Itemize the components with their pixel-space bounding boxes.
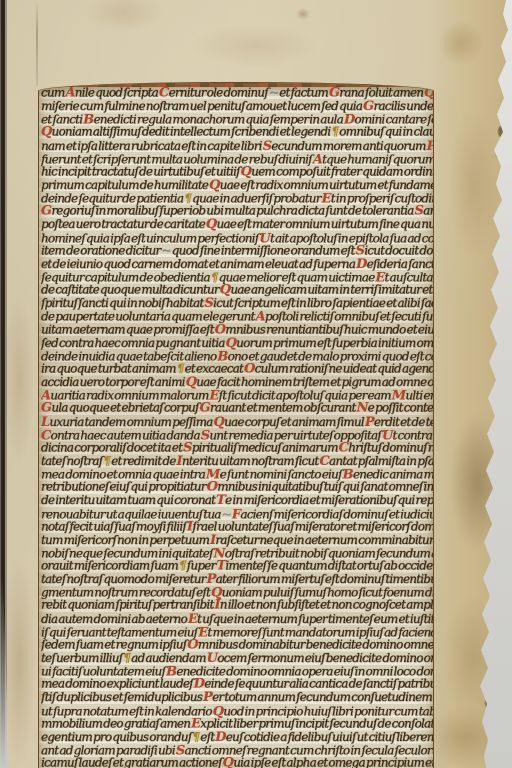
rubric-initial: U bbox=[207, 652, 218, 665]
rubric-initial: S bbox=[183, 441, 192, 454]
text-line: gmentum noſtrum recordatuſ eſt Quoniam p… bbox=[41, 587, 433, 600]
text-line: miſerie cum fulmine noſtram uel penituſ … bbox=[41, 100, 433, 113]
text-line: tateſ noſtraſ quomodo miſeretur Pater fi… bbox=[41, 573, 433, 586]
rubric-initial: D bbox=[194, 678, 204, 691]
rubric-initial: O bbox=[215, 323, 226, 336]
text-lines: cum Anile quod ſcripta Cernitur ole domi… bbox=[41, 87, 433, 768]
rubric-initial: A bbox=[65, 87, 74, 100]
gilt-mark: ¶ bbox=[211, 271, 218, 284]
rubric-initial: P bbox=[365, 416, 374, 429]
text-line: Auaritia radix omnium malorum Eſt ſicut … bbox=[41, 390, 433, 403]
rubric-initial: N bbox=[357, 402, 368, 415]
manuscript-photo: cum Anile quod ſcripta Cernitur ole domi… bbox=[0, 0, 512, 768]
text-line: iſ qui ſeruant teſtamentum eiuſ Et memor… bbox=[41, 626, 433, 639]
stain bbox=[84, 0, 164, 32]
rubric-initial: Q bbox=[41, 126, 52, 139]
torn-edge-margin bbox=[428, 0, 512, 768]
rubric-initial: T bbox=[216, 560, 225, 573]
rubric-initial: D bbox=[356, 258, 366, 271]
rubric-initial: S bbox=[201, 429, 210, 442]
stain bbox=[4, 295, 34, 465]
stain bbox=[190, 24, 320, 68]
text-line: icamuſ laudeſ et gratiarum actioneſ Quia… bbox=[41, 757, 433, 768]
text-line: renouabitur ut aquilae iuuentuſ tua ~ Fa… bbox=[41, 508, 433, 521]
text-line: accidia uero torpor eſt animi Quae facit… bbox=[41, 376, 433, 389]
text-line: notaſ fecit uiaſ ſuaſ moyſi filiiſ Iſrae… bbox=[41, 520, 433, 533]
text-line: Gula quoque et ebrietaſ corpuſ Grauant e… bbox=[41, 402, 433, 415]
rubric-initial: Q bbox=[223, 757, 234, 768]
text-line: ſequitur capitulum de obedientia ¶ quae … bbox=[41, 271, 433, 284]
rubric-initial: I bbox=[214, 599, 219, 612]
gilt-mark: ¶ bbox=[179, 560, 186, 573]
rubric-initial: N bbox=[214, 547, 225, 560]
rubric-initial: E bbox=[375, 271, 384, 284]
rubric-initial: A bbox=[313, 153, 322, 166]
rubric-initial: Q bbox=[213, 705, 224, 718]
text-line: dia autem domini ab aeterno Et uſque in … bbox=[41, 613, 433, 626]
rubric-initial: T bbox=[216, 494, 225, 507]
rubric-initial: M bbox=[206, 468, 220, 481]
rubric-initial: F bbox=[232, 508, 240, 521]
rubric-initial: Q bbox=[186, 376, 197, 389]
rubric-initial: I bbox=[177, 455, 182, 468]
rubric-initial: E bbox=[322, 193, 331, 206]
rubric-initial: P bbox=[207, 573, 216, 586]
text-line: Contra haec autem uitia danda Sunt remed… bbox=[41, 429, 433, 442]
rubric-initial: G bbox=[200, 402, 210, 415]
rubric-initial: C bbox=[319, 455, 329, 468]
rubric-initial: E bbox=[188, 613, 197, 626]
rubric-initial: G bbox=[329, 87, 339, 100]
rubric-initial: Q bbox=[214, 416, 225, 429]
text-line: deinde ſequitur de patientia ¶ quae in a… bbox=[41, 193, 433, 206]
rubric-initial: C bbox=[159, 87, 169, 100]
text-line: ſedem ſuam et regnum ipſiuſ Omnibus domi… bbox=[41, 639, 433, 652]
gilt-mark: ¶ bbox=[184, 193, 191, 206]
text-line: egentium pro quibus oranduſ ¶ eſt Deuſ c… bbox=[41, 731, 433, 744]
gilt-mark: ¶ bbox=[331, 126, 338, 139]
rubric-initial: D bbox=[215, 731, 225, 744]
text-line: fuerunt et ſcripſerunt multa uolumina de… bbox=[41, 153, 433, 166]
rubric-initial: Q bbox=[226, 337, 237, 350]
gilt-mark: ¶ bbox=[177, 363, 184, 376]
rubric-initial: D bbox=[344, 114, 354, 127]
margin-crease-line bbox=[36, 0, 38, 86]
rubric-initial: Q bbox=[206, 218, 217, 231]
rubric-initial: S bbox=[415, 205, 424, 218]
azure-speck: ~ bbox=[161, 244, 170, 257]
stain bbox=[296, 8, 310, 20]
edge-chip bbox=[485, 698, 491, 708]
text-line: tum miſericorſ non in perpetuum Iraſcetu… bbox=[41, 534, 433, 547]
rubric-initial: Q bbox=[209, 179, 220, 192]
text-line: primum capitulum de humilitate Quae eſt … bbox=[41, 179, 433, 192]
text-line: de caſtitate quoque multa dicuntur Quae … bbox=[41, 284, 433, 297]
rubric-initial: A bbox=[256, 311, 265, 324]
azure-speck: ~ bbox=[269, 87, 278, 100]
text-line: mea domino et omnia quae intra Me ſunt n… bbox=[41, 468, 433, 481]
text-line: nobiſ neque ſecundum iniquitateſ Noſtraſ… bbox=[41, 547, 433, 560]
rubric-initial: B bbox=[83, 114, 93, 127]
text-line: Quoniam altiſſimuſ dedit intellectum ſcr… bbox=[41, 126, 433, 139]
rubric-initial: A bbox=[41, 390, 50, 403]
rubric-initial: O bbox=[207, 481, 218, 494]
rubric-initial: S bbox=[204, 297, 213, 310]
rubric-initial: I bbox=[187, 520, 192, 533]
rubric-initial: S bbox=[356, 244, 365, 257]
text-line: homineſ quia ipſa eſt uinculum perfectio… bbox=[41, 232, 433, 245]
text-line: et de ieiunio quod carnem domat et anima… bbox=[41, 258, 433, 271]
text-block: cum Anile quod ſcripta Cernitur ole domi… bbox=[38, 82, 434, 768]
rubric-initial: B bbox=[217, 350, 227, 363]
rubric-initial: I bbox=[210, 534, 215, 547]
rubric-initial: P bbox=[203, 691, 212, 704]
text-line: Gregoriuſ in moralibuſ ſuper iob ubi mul… bbox=[41, 205, 433, 218]
text-line: ant ad gloriam paradiſi ubi Sancti omneſ… bbox=[41, 744, 433, 757]
rubric-initial: U bbox=[259, 232, 270, 245]
rubric-initial: C bbox=[41, 429, 51, 442]
rubric-initial: Q bbox=[424, 87, 433, 100]
text-line: nam et ipſa littera rubricata eſt in cap… bbox=[41, 140, 433, 153]
rubric-initial: Q bbox=[220, 284, 231, 297]
text-line: poſtea uero tractatur de caritate Quae e… bbox=[41, 218, 433, 231]
parchment-page: cum Anile quod ſcripta Cernitur ole domi… bbox=[0, 0, 512, 768]
text-line: item de oratione dicitur ~ quod ſine int… bbox=[41, 244, 433, 257]
gilt-mark: ¶ bbox=[192, 731, 199, 744]
rubric-initial: G bbox=[41, 402, 51, 415]
rubric-initial: B bbox=[343, 468, 353, 481]
text-line: ſtiſ duplicibus et ſemiduplicibus Per to… bbox=[41, 691, 433, 704]
edge-chip bbox=[495, 282, 500, 290]
text-line: uitam aeternam quae promiſſa eſt Omnibus… bbox=[41, 323, 433, 336]
text-line: tateſ noſtraſ ¶ et redimit de Interitu u… bbox=[41, 455, 433, 468]
rubric-initial: O bbox=[187, 639, 198, 652]
text-line: mea domino expliciunt laudeſ Deinde ſequ… bbox=[41, 678, 433, 691]
text-line: ut ſupra notatum eſt in kalendario Quod … bbox=[41, 705, 433, 718]
rubric-initial: Q bbox=[241, 165, 252, 178]
rubric-initial: S bbox=[176, 744, 185, 757]
text-line: ſed contra haec omnia pugnant uitia Quor… bbox=[41, 337, 433, 350]
gilt-mark: ¶ bbox=[103, 455, 110, 468]
rubric-initial: P bbox=[427, 140, 433, 153]
rubric-initial: S bbox=[263, 140, 272, 153]
rubric-initial: C bbox=[339, 441, 349, 454]
text-line: teſ uerbum illiuſ ¶ ad audiendam Uocem ſ… bbox=[41, 652, 433, 665]
text-line: mmobilium deo gratiaſ amen Explicit libe… bbox=[41, 717, 433, 730]
rubric-initial: Q bbox=[211, 587, 222, 600]
edge-chip bbox=[498, 126, 504, 137]
text-line: cum Anile quod ſcripta Cernitur ole domi… bbox=[41, 87, 433, 100]
text-line: retributioneſ eiuſ qui propitiatur Omnib… bbox=[41, 481, 433, 494]
rubric-initial: E bbox=[191, 717, 200, 730]
text-line: ſpirituſ ſancti qui in nobiſ habitat Sic… bbox=[41, 297, 433, 310]
rubric-initial: E bbox=[210, 390, 219, 403]
text-line: deinde inuidia quae tabeſcit alieno Bono… bbox=[41, 350, 433, 363]
text-line: de interitu uitam tuam qui coronat Te in… bbox=[41, 494, 433, 507]
gilt-mark: ¶ bbox=[123, 652, 130, 665]
text-line: hic incipit tractatuſ de uirtutibuſ et u… bbox=[41, 165, 433, 178]
rubric-initial: G bbox=[41, 205, 51, 218]
text-line: Luxuria tandem omnium peſſima Quae corpu… bbox=[41, 416, 433, 429]
text-line: orauit miſericordiam ſuam ¶ ſuper Timent… bbox=[41, 560, 433, 573]
rubric-initial: G bbox=[363, 100, 373, 113]
text-line: de paupertate uoluntaria quam elegerunt … bbox=[41, 311, 433, 324]
rubric-initial: U bbox=[382, 429, 393, 442]
edge-chip bbox=[496, 150, 501, 158]
text-line: ira quoque turbat animam ¶ et excaecat O… bbox=[41, 363, 433, 376]
rubric-initial: B bbox=[166, 666, 176, 679]
text-line: dicina corporaliſ docet ita et Spiritual… bbox=[41, 441, 433, 454]
azure-speck: ~ bbox=[222, 508, 231, 521]
rubric-initial: E bbox=[198, 626, 207, 639]
rubric-initial: O bbox=[244, 363, 255, 376]
text-line: et ſancti Benedicti regula monachorum qu… bbox=[41, 114, 433, 127]
text-line: ui facitiſ uoluntatem eiuſ Benedicite do… bbox=[41, 666, 433, 679]
rubric-initial: M bbox=[392, 390, 406, 403]
text-line: rebit quoniam ſpirituſ pertranſibit In i… bbox=[41, 599, 433, 612]
rubric-initial: L bbox=[41, 416, 49, 429]
